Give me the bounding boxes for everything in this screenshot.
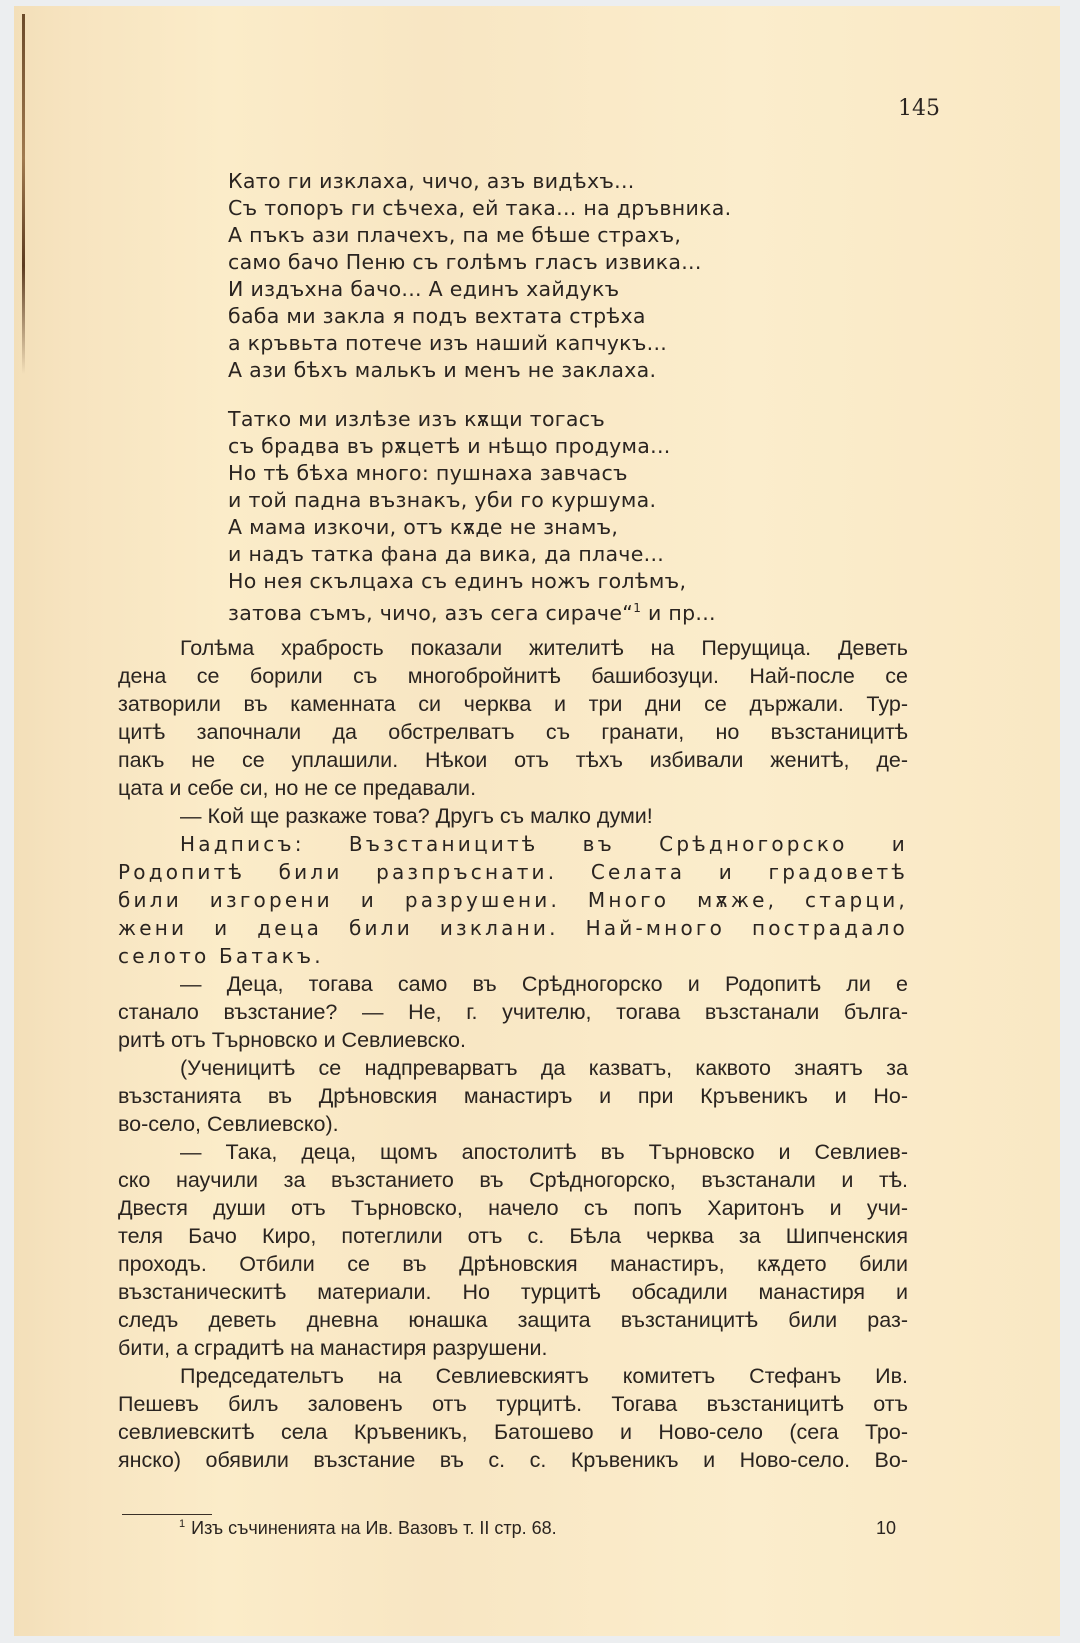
poem-line: Съ топоръ ги сѣчеха, ей така... на дръвн… bbox=[228, 195, 731, 222]
text-line: Двестя души отъ Търновско, начело съ поп… bbox=[118, 1194, 908, 1222]
poem-line: само бачо Пеню съ голѣмъ гласъ извика... bbox=[228, 249, 731, 276]
poem-line: затова съмъ, чичо, азъ сега сираче“ bbox=[228, 601, 633, 625]
poem-line: и надъ татка фана да вика, да плаче... bbox=[228, 541, 731, 568]
poem-line: И издъхна бачо... А единъ хайдукъ bbox=[228, 276, 731, 303]
poem-line: Но нея скълцаха съ единъ ножъ голѣмъ, bbox=[228, 568, 731, 595]
footnote-text: Изъ съчиненията на Ив. Вазовъ т. II стр.… bbox=[191, 1518, 557, 1538]
poem-line: А мама изкочи, отъ кѫде не знамъ, bbox=[228, 514, 731, 541]
poem-stanza-1: Като ги изклаха, чичо, азъ видѣхъ...Съ т… bbox=[228, 168, 731, 384]
text-line: възстанията въ Дрѣновския манастиръ и пр… bbox=[118, 1082, 908, 1110]
book-page: 145 Като ги изклаха, чичо, азъ видѣхъ...… bbox=[14, 6, 1060, 1636]
text-line: пакъ не се уплашили. Нѣкои отъ тѣхъ изби… bbox=[118, 746, 908, 774]
poem-line: и той падна възнакъ, уби го куршума. bbox=[228, 487, 731, 514]
text-line: теля Бачо Киро, потеглили отъ с. Бѣла че… bbox=[118, 1222, 908, 1250]
text-line: — Кой ще разкаже това? Другъ съ малко ду… bbox=[118, 802, 908, 830]
page-spine-shadow bbox=[22, 14, 25, 374]
footnote: 1Изъ съчиненията на Ив. Вазовъ т. II стр… bbox=[179, 1518, 557, 1539]
poem-line: Като ги изклаха, чичо, азъ видѣхъ... bbox=[228, 168, 731, 195]
text-line: следъ деветь дневна юнашка защита възста… bbox=[118, 1306, 908, 1334]
poem-line: съ брадва въ рѫцетѣ и нѣщо продума... bbox=[228, 433, 731, 460]
poem-line-tail: и пр... bbox=[641, 601, 716, 625]
text-line: били изгорени и разрушени. Много мѫже, с… bbox=[118, 886, 908, 914]
poem-line: баба ми закла я подъ вехтата стрѣха bbox=[228, 303, 731, 330]
text-line: дена се борили съ многобройнитѣ башибозу… bbox=[118, 662, 908, 690]
body-text: Голѣма храбрость показали жителитѣ на Пе… bbox=[118, 634, 908, 1474]
text-line: цата и себе си, но не се предавали. bbox=[118, 774, 908, 802]
text-line: бити, а сградитѣ на манастиря разрушени. bbox=[118, 1334, 908, 1362]
poem-quote: Като ги изклаха, чичо, азъ видѣхъ...Съ т… bbox=[228, 168, 731, 627]
text-line: — Така, деца, щомъ апостолитѣ въ Търновс… bbox=[118, 1138, 908, 1166]
text-line: севлиевскитѣ села Кръвеникъ, Батошево и … bbox=[118, 1418, 908, 1446]
text-line: Председательтъ на Севлиевскиятъ комитетъ… bbox=[118, 1362, 908, 1390]
text-line: Голѣма храбрость показали жителитѣ на Пе… bbox=[118, 634, 908, 662]
poem-line: А пъкъ ази плачехъ, па ме бѣше страхъ, bbox=[228, 222, 731, 249]
text-line: селото Батакъ. bbox=[118, 942, 908, 970]
text-line: ско научили за възстанието въ Срѣдногорс… bbox=[118, 1166, 908, 1194]
page-number: 145 bbox=[898, 96, 940, 121]
text-line: янско) обявили възстание въ с. с. Кръвен… bbox=[118, 1446, 908, 1474]
text-line: възстаническитѣ материали. Но турцитѣ об… bbox=[118, 1278, 908, 1306]
text-line: (Ученицитѣ се надпреварватъ да казватъ, … bbox=[118, 1054, 908, 1082]
footnote-divider bbox=[122, 1514, 212, 1515]
text-line: проходъ. Отбили се въ Дрѣновския манасти… bbox=[118, 1250, 908, 1278]
text-line: станало възстание? — Не, г. учителю, тог… bbox=[118, 998, 908, 1026]
footnote-reference: 1 bbox=[633, 601, 641, 615]
poem-line: Татко ми излѣзе изъ кѫщи тогасъ bbox=[228, 406, 731, 433]
text-line: Родопитѣ били разпръснати. Селата и град… bbox=[118, 858, 908, 886]
poem-stanza-2: Татко ми излѣзе изъ кѫщи тогасъсъ брадва… bbox=[228, 406, 731, 627]
poem-line: затова съмъ, чичо, азъ сега сираче“1 и п… bbox=[228, 595, 731, 627]
text-line: во-село, Севлиевско). bbox=[118, 1110, 908, 1138]
text-line: — Деца, тогава само въ Срѣдногорско и Ро… bbox=[118, 970, 908, 998]
text-line: Пешевъ билъ заловенъ отъ турцитѣ. Тогава… bbox=[118, 1390, 908, 1418]
text-line: жени и деца били изклани. Най-много пост… bbox=[118, 914, 908, 942]
text-line: затворили въ каменната си черква и три д… bbox=[118, 690, 908, 718]
poem-line: А ази бѣхъ малькъ и менъ не заклаха. bbox=[228, 357, 731, 384]
text-line: Надписъ: Възстаницитѣ въ Срѣдногорско и bbox=[118, 830, 908, 858]
footnote-marker: 1 bbox=[179, 1518, 185, 1530]
poem-line: а кръвьта потече изъ наший капчукъ... bbox=[228, 330, 731, 357]
poem-line: Но тѣ бѣха много: пушнаха завчасъ bbox=[228, 460, 731, 487]
text-line: цитѣ започнали да обстрелватъ съ гранати… bbox=[118, 718, 908, 746]
text-line: ритѣ отъ Търновско и Севлиевско. bbox=[118, 1026, 908, 1054]
printer-signature-mark: 10 bbox=[876, 1518, 896, 1539]
